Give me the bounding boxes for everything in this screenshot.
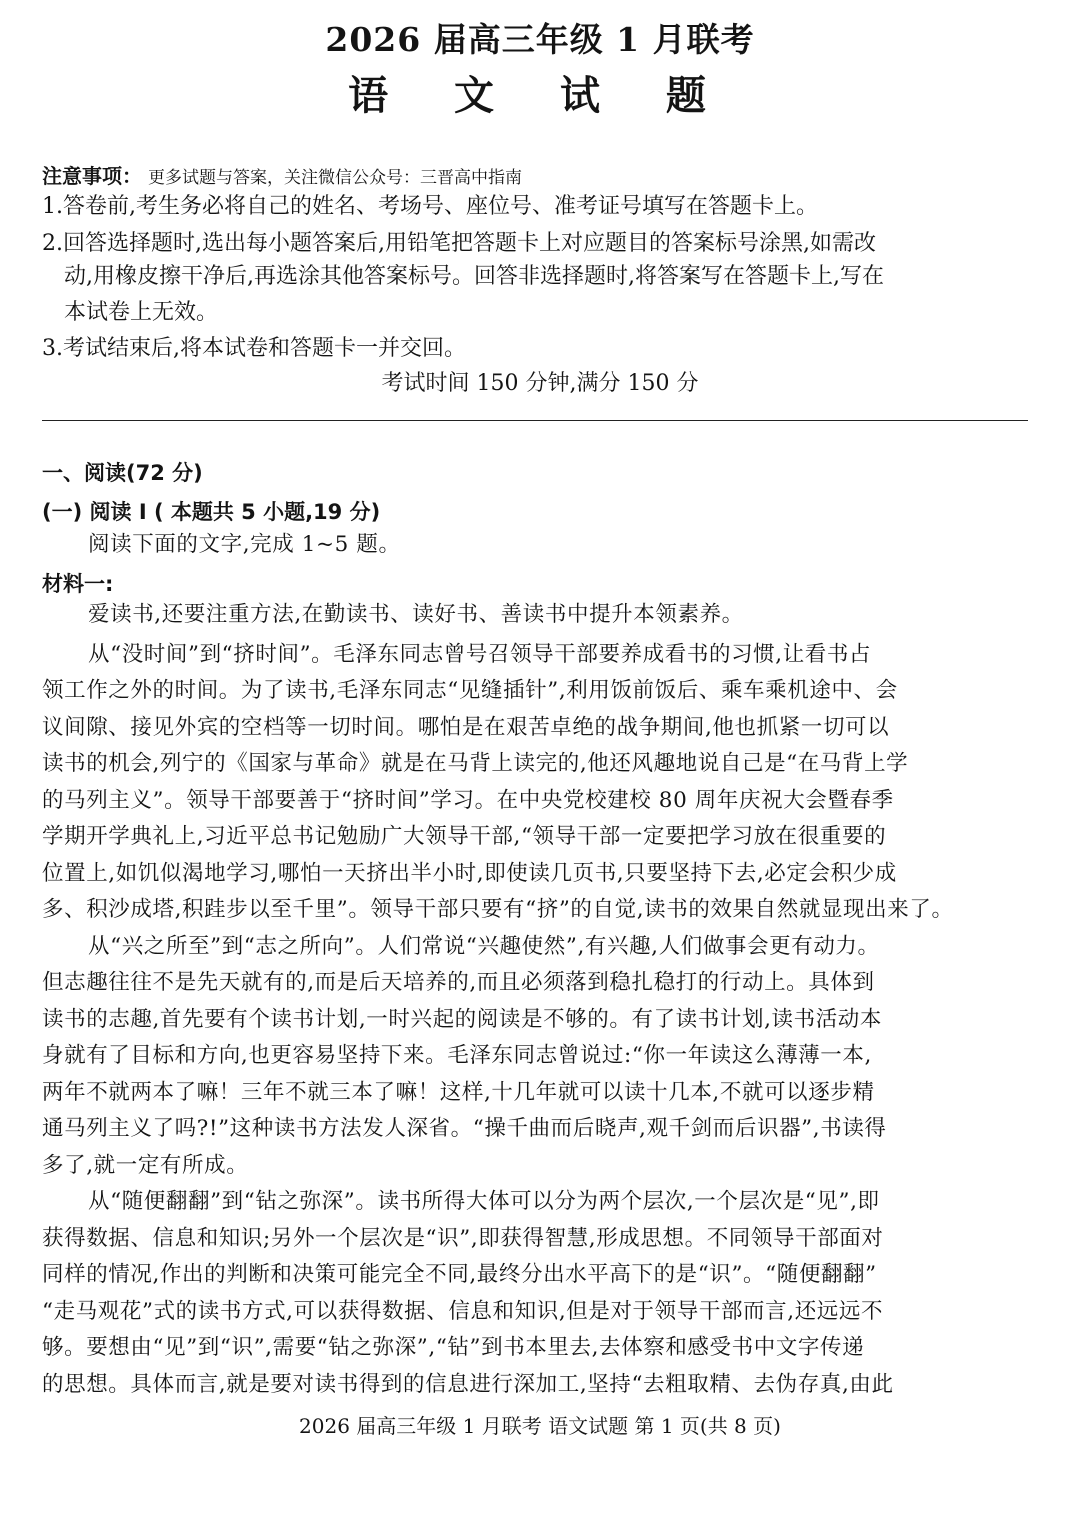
divider-line [42, 420, 1028, 421]
instruction: 阅读下面的文字,完成 1~5 题。 [88, 530, 1078, 560]
passage-line: 从“兴之所至”到“志之所向”。人们常说“兴趣使然”,有兴趣,人们做事会更有动力。 [88, 932, 1078, 962]
passage-line: 议间隙、接见外宾的空档等一切时间。哪怕是在艰苦卓绝的战争期间,他也抓紧一切可以 [42, 713, 1032, 743]
passage-line: 够。要想由“见”到“识”,需要“钻之弥深”,“钻”到书本里去,去体察和感受书中文… [42, 1333, 1032, 1363]
passage-line: “走马观花”式的读书方式,可以获得数据、信息和知识,但是对于领导干部而言,还远远… [42, 1297, 1032, 1327]
passage-line: 读书的机会,列宁的《国家与革命》就是在马背上读完的,他还风趣地说自己是“在马背上… [42, 749, 1032, 779]
material-label: 材料一: [42, 568, 113, 598]
passage-line: 但志趣往往不是先天就有的,而是后天培养的,而且必须落到稳扎稳打的行动上。具体到 [42, 968, 1032, 998]
passage-line: 身就有了目标和方向,也更容易坚持下来。毛泽东同志曾说过:“你一年读这么薄薄一本, [42, 1041, 1032, 1071]
passage-line: 学期开学典礼上,习近平总书记勉励广大领导干部,“领导干部一定要把学习放在很重要的 [42, 822, 1032, 852]
notice-label: 注意事项： [42, 164, 142, 188]
subject-title: 语 文 试 题 [0, 64, 1080, 121]
section-heading: 一、阅读(72 分) [42, 457, 203, 487]
passage-line: 多了,就一定有所成。 [42, 1151, 1032, 1181]
passage-line: 位置上,如饥似渴地学习,哪怕一天挤出半小时,即使读几页书,只要坚持下去,必定会积… [42, 859, 1032, 889]
notice-header: 注意事项：更多试题与答案，关注微信公众号：三晋高中指南 [42, 160, 522, 189]
passage-line: 从“没时间”到“挤时间”。毛泽东同志曾号召领导干部要养成看书的习惯,让看书占 [88, 640, 1078, 670]
passage-line: 同样的情况,作出的判断和决策可能完全不同,最终分出水平高下的是“识”。“随便翻翻… [42, 1260, 1032, 1290]
notice-item-2: 2.回答选择题时,选出每小题答案后,用铅笔把答题卡上对应题目的答案标号涂黑,如需… [42, 229, 1042, 259]
notice-item-3: 3.考试结束后,将本试卷和答题卡一并交回。 [42, 334, 1042, 364]
watermark-text: 更多试题与答案，关注微信公众号：三晋高中指南 [148, 168, 522, 188]
passage-line: 获得数据、信息和知识;另外一个层次是“识”,即获得智慧,形成思想。不同领导干部面… [42, 1224, 1032, 1254]
notice-item-1: 1.答卷前,考生务必将自己的姓名、考场号、座位号、准考证号填写在答题卡上。 [42, 192, 1042, 222]
exam-page: 2026 届高三年级 1 月联考 语 文 试 题 注意事项：更多试题与答案，关注… [0, 0, 1080, 1528]
passage-line: 多、积沙成塔,积跬步以至千里”。领导干部只要有“挤”的自觉,读书的效果自然就显现… [42, 895, 1032, 925]
passage-line: 领工作之外的时间。为了读书,毛泽东同志“见缝插针”,利用饭前饭后、乘车乘机途中、… [42, 676, 1032, 706]
passage-line: 的马列主义”。领导干部要善于“挤时间”学习。在中央党校建校 80 周年庆祝大会暨… [42, 786, 1032, 816]
notice-item-2-cont: 动,用橡皮擦干净后,再选涂其他答案标号。回答非选择题时,将答案写在答题卡上,写在 [64, 262, 1064, 292]
passage-line: 的思想。具体而言,就是要对读书得到的信息进行深加工,坚持“去粗取精、去伪存真,由… [42, 1370, 1032, 1400]
page-footer: 2026 届高三年级 1 月联考 语文试题 第 1 页(共 8 页) [0, 1410, 1080, 1439]
passage-line: 读书的志趣,首先要有个读书计划,一时兴起的阅读是不够的。有了读书计划,读书活动本 [42, 1005, 1032, 1035]
time-score: 考试时间 150 分钟,满分 150 分 [0, 369, 1080, 399]
passage-line: 两年不就两本了嘛！三年不就三本了嘛！这样,十几年就可以读十几本,不就可以逐步精 [42, 1078, 1032, 1108]
exam-title: 2026 届高三年级 1 月联考 [0, 14, 1080, 61]
passage-line: 爱读书,还要注重方法,在勤读书、读好书、善读书中提升本领素养。 [88, 600, 1078, 630]
sub-section-heading: (一) 阅读 I ( 本题共 5 小题,19 分) [42, 496, 380, 526]
passage-line: 从“随便翻翻”到“钻之弥深”。读书所得大体可以分为两个层次,一个层次是“见”,即 [88, 1187, 1078, 1217]
notice-item-2-cont2: 本试卷上无效。 [64, 298, 1064, 328]
passage-line: 通马列主义了吗?!”这种读书方法发人深省。“操千曲而后晓声,观千剑而后识器”,书… [42, 1114, 1032, 1144]
